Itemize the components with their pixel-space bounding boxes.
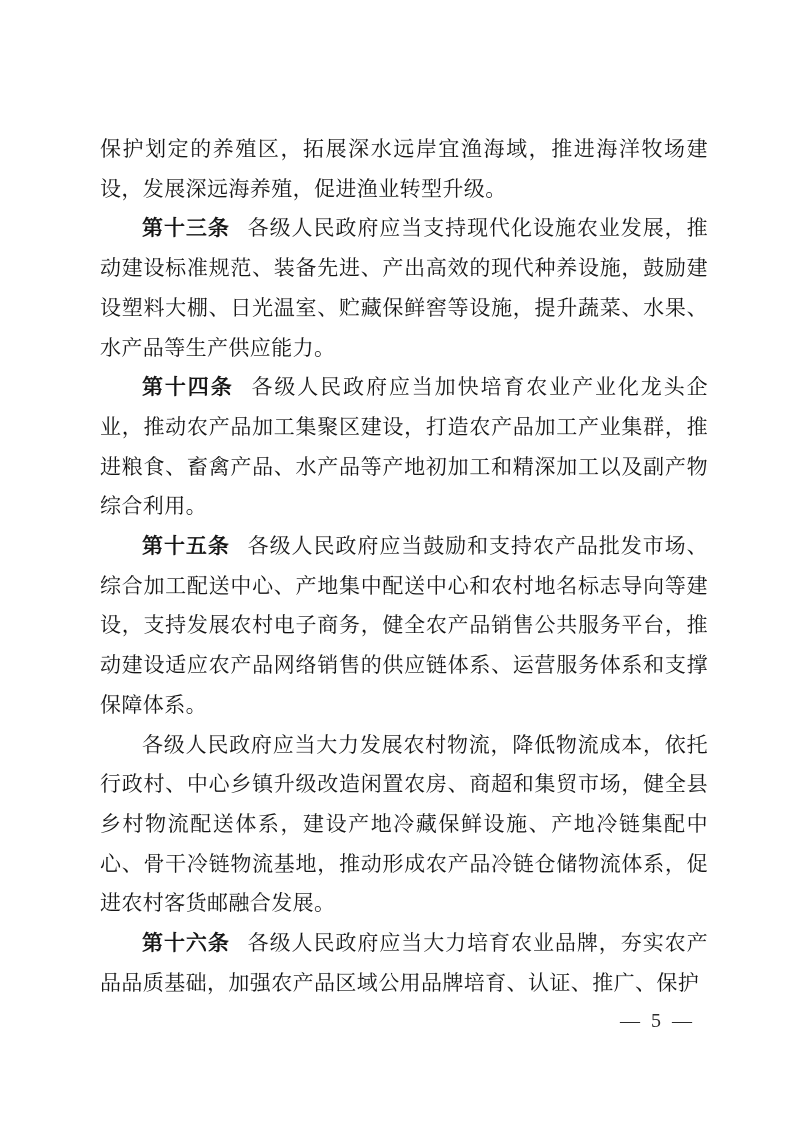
article-13-paragraph: 第十三条各级人民政府应当支持现代化设施农业发展，推动建设标准规范、装备先进、产出… [100, 209, 708, 368]
article-13-number-label: 第十三条 [142, 217, 230, 240]
document-body: 保护划定的养殖区，拓展深水远岸宜渔海域，推进海洋牧场建设，发展深远海养殖，促进渔… [100, 130, 708, 1003]
paragraph-text: 各级人民政府应当大力发展农村物流，降低物流成本，依托行政村、中心乡镇升级改造闲置… [100, 733, 708, 916]
paragraph-continuation: 保护划定的养殖区，拓展深水远岸宜渔海域，推进海洋牧场建设，发展深远海养殖，促进渔… [100, 130, 708, 209]
document-page: 保护划定的养殖区，拓展深水远岸宜渔海域，推进海洋牧场建设，发展深远海养殖，促进渔… [0, 0, 793, 1122]
article-14-paragraph: 第十四条各级人民政府应当加快培育农业产业化龙头企业，推动农产品加工集聚区建设，打… [100, 368, 708, 527]
article-15-number-label: 第十五条 [142, 535, 230, 558]
article-16-number-label: 第十六条 [142, 932, 230, 955]
article-16-paragraph: 第十六条各级人民政府应当大力培育农业品牌，夯实农产品品质基础，加强农产品区域公用… [100, 924, 708, 1003]
article-15-paragraph: 第十五条各级人民政府应当鼓励和支持农产品批发市场、综合加工配送中心、产地集中配送… [100, 527, 708, 726]
logistics-paragraph: 各级人民政府应当大力发展农村物流，降低物流成本，依托行政村、中心乡镇升级改造闲置… [100, 726, 708, 925]
page-number: — 5 — [620, 1008, 695, 1034]
article-15-text: 各级人民政府应当鼓励和支持农产品批发市场、综合加工配送中心、产地集中配送中心和农… [100, 534, 708, 717]
paragraph-text: 保护划定的养殖区，拓展深水远岸宜渔海域，推进海洋牧场建设，发展深远海养殖，促进渔… [100, 137, 708, 201]
article-14-number-label: 第十四条 [142, 376, 234, 399]
